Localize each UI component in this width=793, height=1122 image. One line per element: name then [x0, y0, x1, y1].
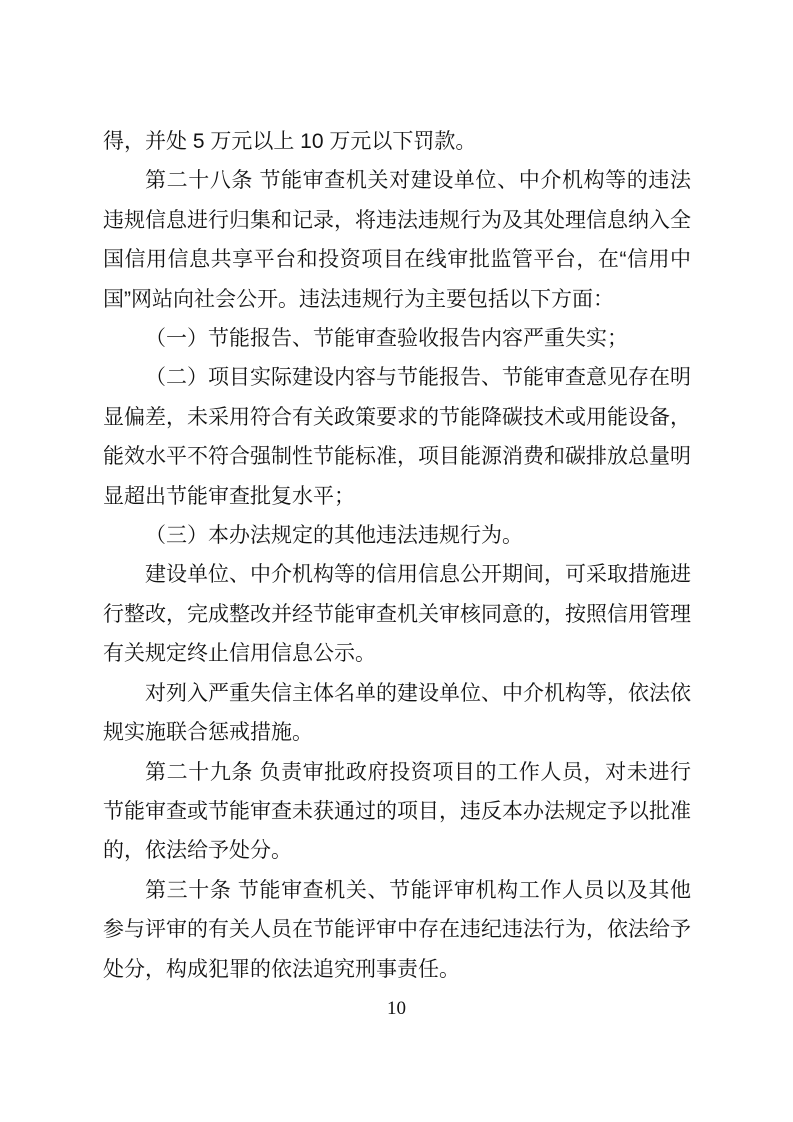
page-number: 10 [0, 998, 793, 1020]
paragraph: 第二十九条 负责审批政府投资项目的工作人员，对未进行节能审查或节能审查未获通过的… [103, 753, 691, 871]
paragraph: （一）节能报告、节能审查验收报告内容严重失实； [103, 319, 691, 358]
paragraph: 第二十八条 节能审查机关对建设单位、中介机构等的违法违规信息进行归集和记录，将违… [103, 161, 691, 319]
paragraph: （三）本办法规定的其他违法违规行为。 [103, 516, 691, 555]
paragraph: （二）项目实际建设内容与节能报告、节能审查意见存在明显偏差，未采用符合有关政策要… [103, 358, 691, 516]
paragraph: 得，并处 5 万元以上 10 万元以下罚款。 [103, 122, 691, 161]
document-page: 得，并处 5 万元以上 10 万元以下罚款。 第二十八条 节能审查机关对建设单位… [0, 0, 793, 1122]
document-body: 得，并处 5 万元以上 10 万元以下罚款。 第二十八条 节能审查机关对建设单位… [103, 122, 691, 989]
paragraph: 对列入严重失信主体名单的建设单位、中介机构等，依法依规实施联合惩戒措施。 [103, 674, 691, 753]
paragraph: 建设单位、中介机构等的信用信息公开期间，可采取措施进行整改，完成整改并经节能审查… [103, 555, 691, 673]
paragraph: 第三十条 节能审查机关、节能评审机构工作人员以及其他参与评审的有关人员在节能评审… [103, 871, 691, 989]
